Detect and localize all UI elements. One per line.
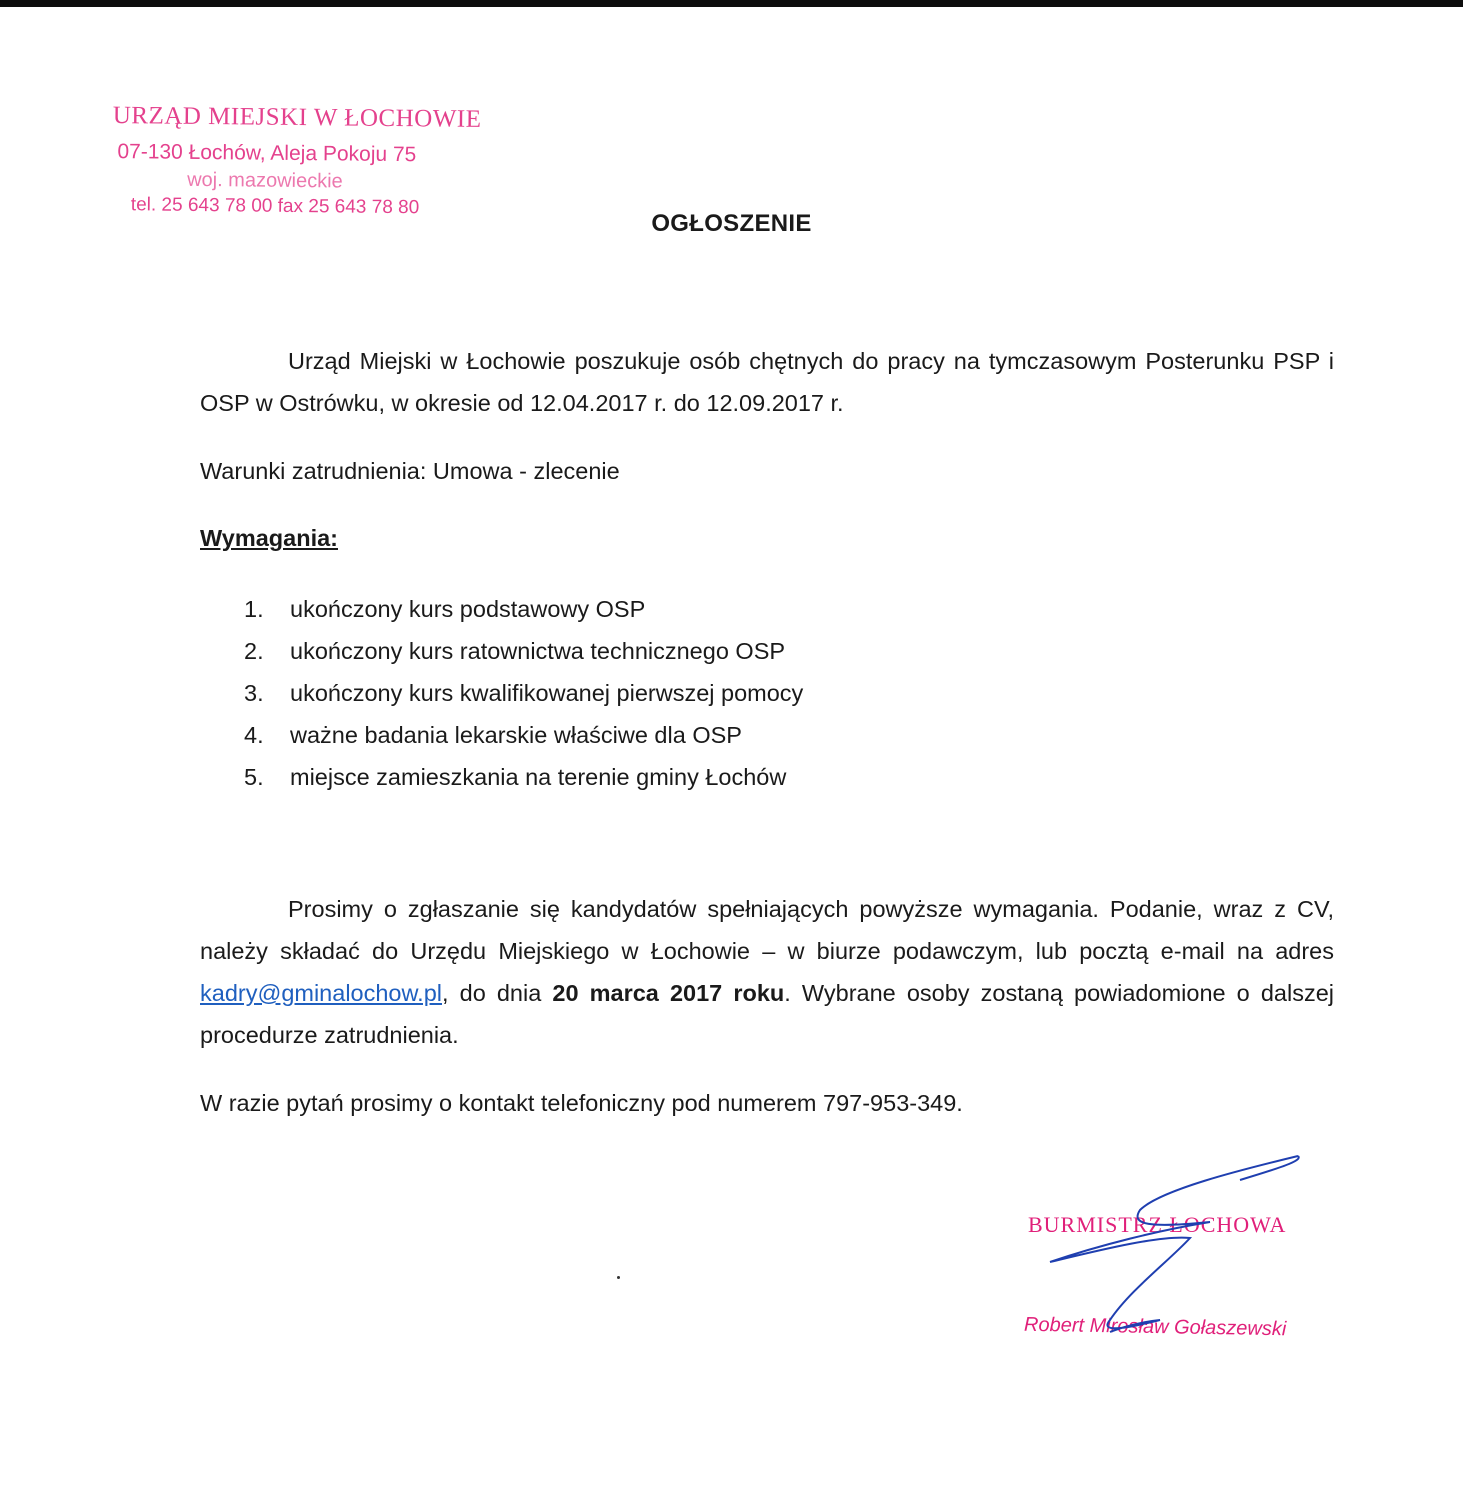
list-item: 2.ukończony kurs ratownictwa techniczneg… (244, 630, 803, 672)
contact-text: W razie pytań prosimy o kontakt telefoni… (200, 1082, 1334, 1124)
email-link[interactable]: kadry@gminalochow.pl (200, 980, 442, 1006)
conditions-text: Warunki zatrudnienia: Umowa - zlecenie (200, 450, 1334, 492)
requirements-list: 1.ukończony kurs podstawowy OSP 2.ukończ… (244, 588, 803, 798)
list-item: 4.ważne badania lekarskie właściwe dla O… (244, 714, 803, 756)
list-item: 3.ukończony kurs kwalifikowanej pierwsze… (244, 672, 803, 714)
deadline: 20 marca 2017 roku (552, 980, 784, 1006)
scan-edge (0, 0, 1463, 7)
list-item: 1.ukończony kurs podstawowy OSP (244, 588, 803, 630)
stamp-line-region: woj. mazowieckie (187, 169, 343, 194)
stamp-line-address: 07-130 Łochów, Aleja Pokoju 75 (117, 140, 416, 167)
intro-paragraph: Urząd Miejski w Łochowie poszukuje osób … (200, 340, 1334, 424)
handwritten-signature (1040, 1150, 1310, 1350)
document-title: OGŁOSZENIE (0, 210, 1463, 238)
application-paragraph: Prosimy o zgłaszanie się kandydatów speł… (200, 888, 1334, 1056)
intro-text: Urząd Miejski w Łochowie poszukuje osób … (200, 348, 1334, 416)
stamp-line-office: URZĄD MIEJSKI W ŁOCHOWIE (113, 102, 482, 134)
requirements-heading: Wymagania: (200, 525, 338, 552)
scan-speck (617, 1276, 620, 1279)
list-item: 5.miejsce zamieszkania na terenie gminy … (244, 756, 803, 798)
